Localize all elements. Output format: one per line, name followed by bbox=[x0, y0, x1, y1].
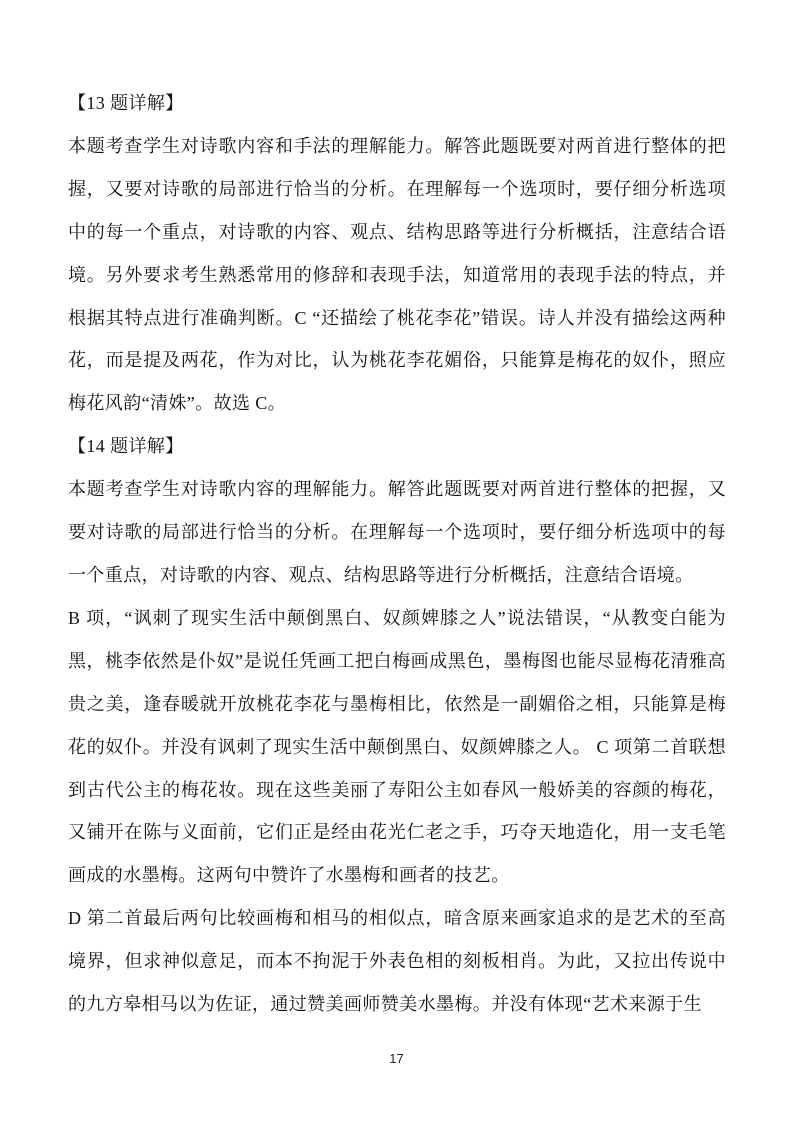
q13-explanation-paragraph: 本题考查学生对诗歌内容和手法的理解能力。解答此题既要对两首进行整体的把握，又要对… bbox=[68, 125, 726, 425]
document-page: 【13 题详解】 本题考查学生对诗歌内容和手法的理解能力。解答此题既要对两首进行… bbox=[0, 0, 793, 1122]
section-heading-q14: 【14 题详解】 bbox=[68, 425, 726, 468]
page-number: 17 bbox=[389, 1051, 403, 1066]
page-footer: 17 bbox=[0, 1050, 793, 1068]
q14-explanation-intro-paragraph: 本题考查学生对诗歌内容的理解能力。解答此题既要对两首进行整体的把握，又要对诗歌的… bbox=[68, 468, 726, 597]
q14-option-b-c-analysis-paragraph: B 项，“讽刺了现实生活中颠倒黑白、奴颜婢膝之人”说法错误，“从教变白能为黑，桃… bbox=[68, 597, 726, 897]
document-body: 【13 题详解】 本题考查学生对诗歌内容和手法的理解能力。解答此题既要对两首进行… bbox=[68, 82, 726, 1026]
q14-option-d-analysis-paragraph: D 第二首最后两句比较画梅和相马的相似点，暗含原来画家追求的是艺术的至高境界，但… bbox=[68, 897, 726, 1026]
section-heading-q13: 【13 题详解】 bbox=[68, 82, 726, 125]
